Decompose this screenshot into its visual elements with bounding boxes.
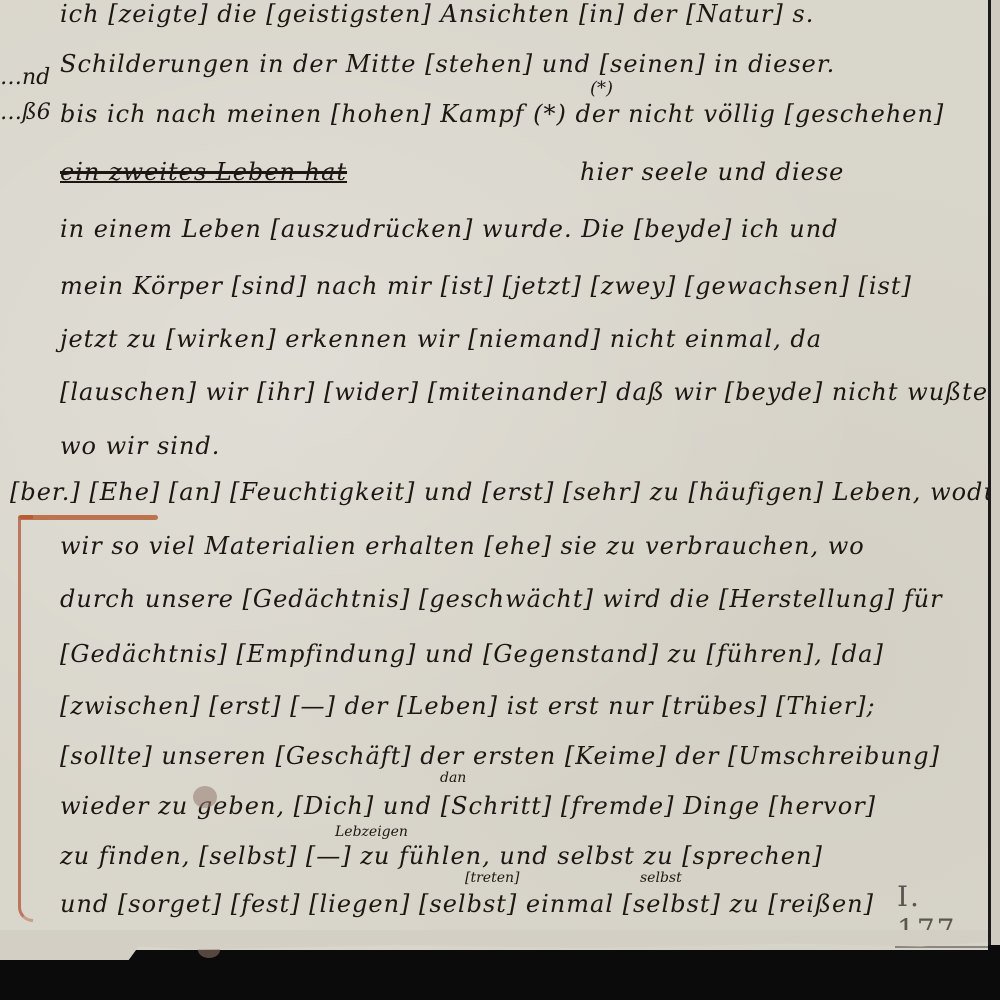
- manuscript-line-9: wo wir sind.: [60, 432, 220, 460]
- red-crayon-underline: [18, 515, 158, 520]
- manuscript-line-16: wieder zu geben, [Dich] und [Schritt] [f…: [60, 792, 876, 820]
- manuscript-line-1: ich [zeigte] die [geistigsten] Ansichten…: [60, 0, 814, 28]
- manuscript-line-15: [sollte] unseren [Geschäft] der ersten […: [60, 742, 940, 770]
- adjacent-page-edge: [991, 0, 1000, 945]
- manuscript-line-7: jetzt zu [wirken] erkennen wir [niemand]…: [60, 325, 822, 353]
- insertion-dan: dan: [440, 770, 466, 786]
- manuscript-line-8: [lauschen] wir [ihr] [wider] [miteinande…: [60, 378, 1000, 406]
- insertion-treten: [treten]: [465, 870, 519, 886]
- insertion-selbst: selbst: [640, 870, 682, 886]
- manuscript-line-3: bis ich nach meinen [hohen] Kampf (*) de…: [60, 100, 944, 128]
- struck-phrase: ein zweites Leben hat: [60, 158, 347, 186]
- manuscript-line-2: Schilderungen in der Mitte [stehen] und …: [60, 50, 835, 78]
- manuscript-line-11: wir so viel Materialien erhalten [ehe] s…: [60, 532, 865, 560]
- insertion-lebzeigen: Lebzeigen: [335, 824, 408, 840]
- manuscript-line-10: [ber.] [Ehe] [an] [Feuchtigkeit] und [er…: [10, 478, 1000, 506]
- manuscript-line-4: ein zweites Leben hat: [60, 158, 347, 186]
- insertion-asterisk: (*): [590, 78, 613, 99]
- manuscript-line-5: in einem Leben [auszudrücken] wurde. Die…: [60, 215, 839, 243]
- manuscript-line-13: [Gedächtnis] [Empfindung] und [Gegenstan…: [60, 640, 884, 668]
- margin-note-1: …nd: [0, 65, 50, 90]
- paper-stain: [193, 786, 217, 808]
- manuscript-line-12: durch unsere [Gedächtnis] [geschwächt] w…: [60, 585, 943, 613]
- manuscript-line-6: mein Körper [sind] nach mir [ist] [jetzt…: [60, 272, 912, 300]
- margin-note-2: …ß6: [0, 100, 51, 125]
- manuscript-line-4-rest: hier seele und diese: [580, 158, 844, 186]
- manuscript-page: …nd …ß6 ich [zeigte] die [geistigsten] A…: [0, 0, 988, 950]
- red-crayon-margin-bracket: [18, 515, 33, 922]
- manuscript-line-14: [zwischen] [erst] [—] der [Leben] ist er…: [60, 692, 876, 720]
- manuscript-line-18: und [sorget] [fest] [liegen] [selbst] ei…: [60, 890, 874, 918]
- manuscript-line-17: zu finden, [selbst] [—] zu fühlen, und s…: [60, 842, 823, 870]
